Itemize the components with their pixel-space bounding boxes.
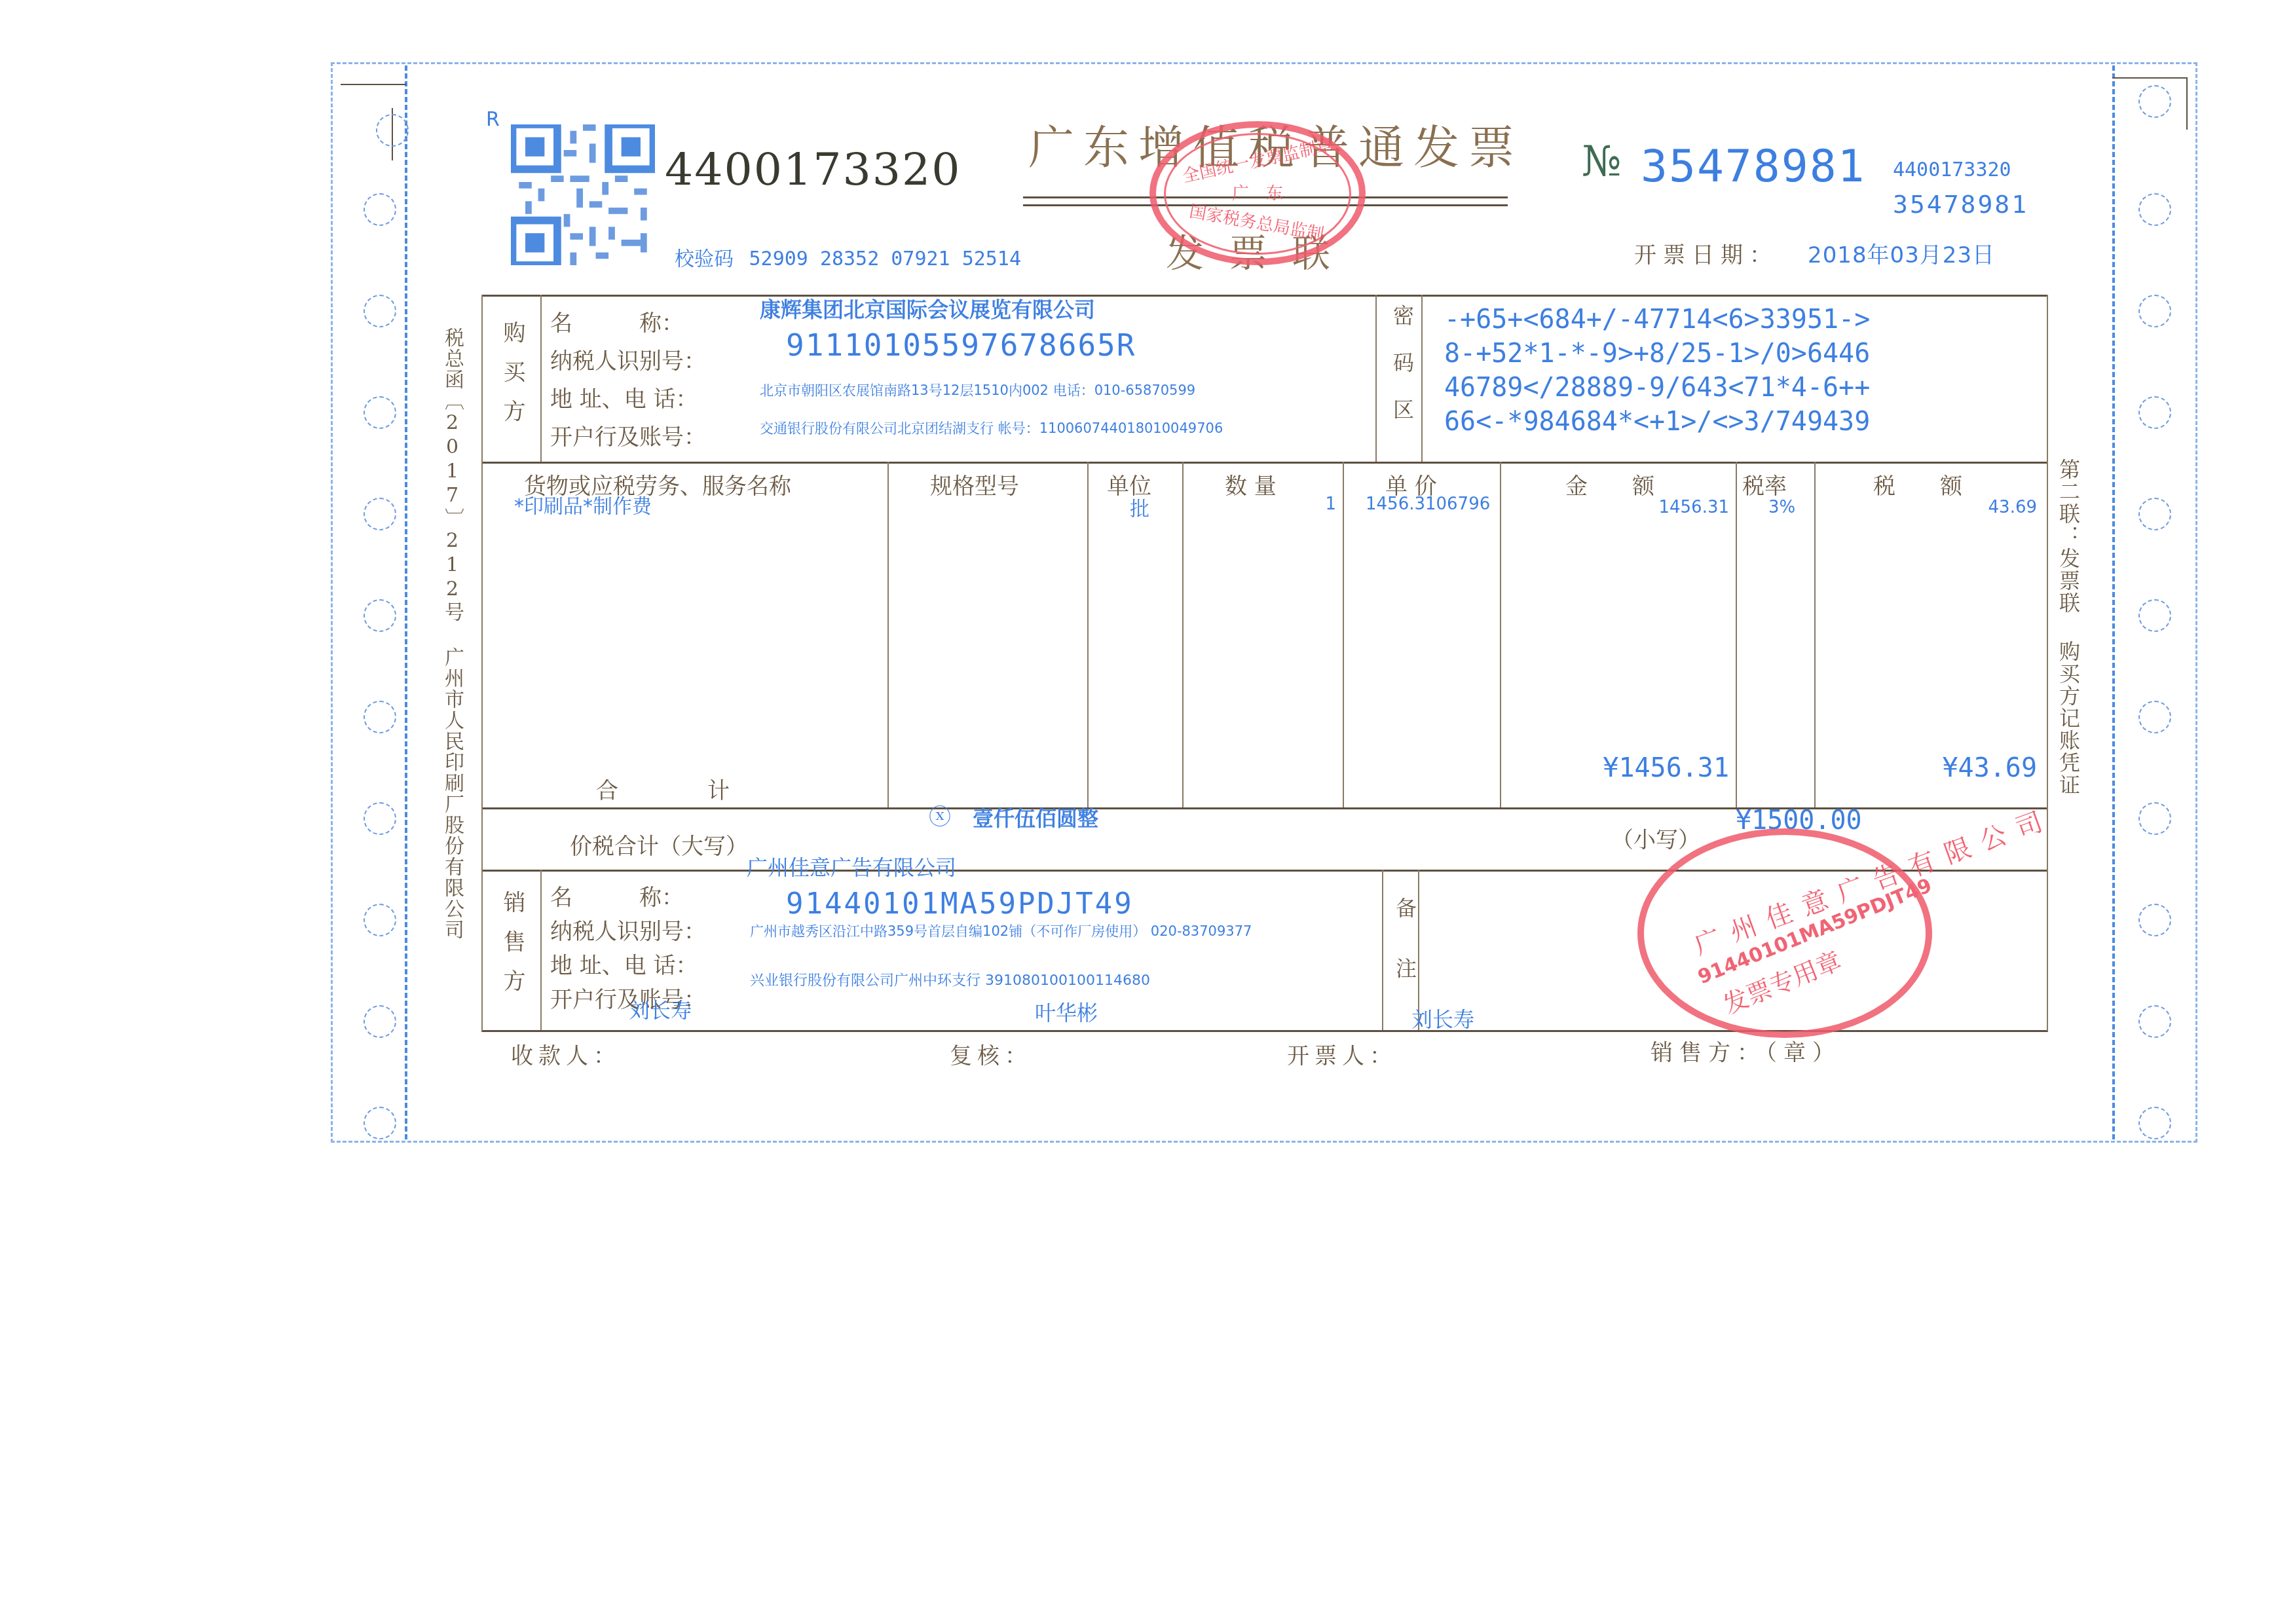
seller-bank-account: 兴业银行股份有限公司广州中环支行 391080100100114680 <box>750 969 1150 989</box>
issuer-label: 开票人： <box>1287 1038 1397 1070</box>
buyer-field-labels: 名 称：纳税人识别号：地 址、电 话：开户行及账号： <box>550 304 706 456</box>
grand-total-label: 价税合计（大写） <box>570 828 748 860</box>
seller-invoice-stamp: 广州佳意广告有限公司 广州佳意广告有限公司 91440101MA59PDJT49… <box>1637 828 1932 1038</box>
issue-date: 2018年03月23日 <box>1808 237 1995 269</box>
invoice-number-small: 35478981 <box>1893 190 2028 219</box>
tractor-hole <box>364 498 396 530</box>
item-unit-price: 1456.3106796 <box>1366 494 1490 514</box>
printer-approval-note: 税总函〔2017〕212号 广州市人民印刷厂股份有限公司 <box>438 327 466 940</box>
table-top-border <box>481 295 2048 297</box>
tractor-hole <box>2138 599 2171 632</box>
cipher-line: 8-+52*1-*-9>+8/25-1>/0>6446 <box>1444 337 1870 371</box>
invoice-code: 4400173320 <box>665 144 961 196</box>
item-tax: 43.69 <box>1821 498 2037 517</box>
seller-name: 广州佳意广告有限公司 <box>747 851 956 881</box>
invoice-code-small: 4400173320 <box>1893 158 2011 181</box>
right-registration-mark <box>2112 65 2188 138</box>
copy-marker: R <box>486 108 500 131</box>
item-tax-rate: 3% <box>1768 498 1795 517</box>
item-amount: 1456.31 <box>1506 498 1729 517</box>
tractor-hole <box>2138 1107 2171 1139</box>
item-quantity: 1 <box>1284 494 1336 514</box>
item-name: *印刷品*制作费 <box>514 490 652 519</box>
col-header-tax: 税 额 <box>1873 468 1962 500</box>
item-unit: 批 <box>1130 492 1149 521</box>
grand-total-words: 壹仟伍佰圆整 <box>973 802 1098 832</box>
grand-total-words-icon: ⓧ <box>929 799 951 831</box>
cipher-line: 46789</28889-9/643<71*4-6++ <box>1444 371 1870 405</box>
tractor-hole <box>2138 701 2171 733</box>
tractor-hole <box>364 802 396 835</box>
tractor-hole <box>364 295 396 327</box>
seller-stamp-label: 销售方：（章） <box>1651 1035 1841 1067</box>
payee-label: 收款人： <box>511 1038 621 1070</box>
seller-address-phone: 广州市越秀区沿江中路359号首层自编102铺（不可作厂房使用） 020-8370… <box>750 920 1379 942</box>
left-registration-mark <box>341 79 406 164</box>
number-prefix: № <box>1582 138 1622 186</box>
buyer-name: 康辉集团北京国际会议展览有限公司 <box>760 293 1095 323</box>
tractor-hole <box>2138 802 2171 835</box>
buyer-section-label: 购买方 <box>496 321 529 439</box>
tractor-hole <box>364 1107 396 1139</box>
tractor-hole <box>2138 498 2171 530</box>
remarks-label: 备注 <box>1390 897 1420 1018</box>
cipher-section-label: 密码区 <box>1387 304 1417 446</box>
tractor-hole <box>364 701 396 733</box>
buyer-bank-account: 交通银行股份有限公司北京团结湖支行 帐号：1100607440180100497… <box>760 418 1223 437</box>
tax-bureau-stamp: 全国统一发票监制章 广 东 国家税务总局监制 <box>1149 121 1366 265</box>
tractor-hole <box>2138 904 2171 936</box>
buyer-address-phone: 北京市朝阳区农展馆南路13号12层1510内002 电话：010-6587059… <box>760 380 1195 399</box>
seller-tax-id: 91440101MA59PDJT49 <box>786 887 1134 921</box>
col-header-spec: 规格型号 <box>930 468 1019 500</box>
tractor-hole <box>2138 193 2171 226</box>
buyer-tax-id: 91110105597678665R <box>786 327 1136 363</box>
cipher-line: 66<-*984684*<+1>/<>3/749439 <box>1444 405 1870 439</box>
overprint-reviewer-name: 叶华彬 <box>1035 997 1098 1027</box>
overprint-payee-name: 刘长寿 <box>629 994 692 1024</box>
copy-purpose-note: 第二联：发票联 购买方记账凭证 <box>2053 458 2083 796</box>
cipher-text: -+65+<684+/-47714<6>33951->8-+52*1-*-9>+… <box>1444 303 1870 439</box>
tractor-hole <box>364 599 396 632</box>
total-amount: ¥1456.31 <box>1506 753 1729 783</box>
tractor-hole <box>2138 295 2171 327</box>
col-header-quantity: 数 量 <box>1225 468 1277 500</box>
overprint-issuer-name: 刘长寿 <box>1411 1003 1474 1033</box>
tractor-hole <box>364 1005 396 1038</box>
check-code-label: 校验码 <box>675 248 734 270</box>
total-label: 合 计 <box>596 773 730 805</box>
col-header-amount: 金 额 <box>1565 468 1654 500</box>
tractor-hole <box>364 193 396 226</box>
invoice-number: 35478981 <box>1641 141 1866 193</box>
tractor-hole <box>2138 1005 2171 1038</box>
cipher-line: -+65+<684+/-47714<6>33951-> <box>1444 303 1870 337</box>
reviewer-label: 复核： <box>950 1038 1032 1070</box>
check-code: 52909 28352 07921 52514 <box>749 248 1021 270</box>
tractor-hole <box>364 396 396 429</box>
total-tax: ¥43.69 <box>1821 753 2037 783</box>
tractor-hole <box>364 904 396 936</box>
col-header-tax-rate: 税率 <box>1742 468 1787 500</box>
tractor-hole <box>2138 396 2171 429</box>
right-perforation-line <box>2112 65 2115 1139</box>
seller-section-label: 销售方 <box>496 891 529 1008</box>
issue-date-label: 开票日期： <box>1634 237 1778 269</box>
qr-code <box>511 124 655 265</box>
left-perforation-line <box>405 65 407 1139</box>
